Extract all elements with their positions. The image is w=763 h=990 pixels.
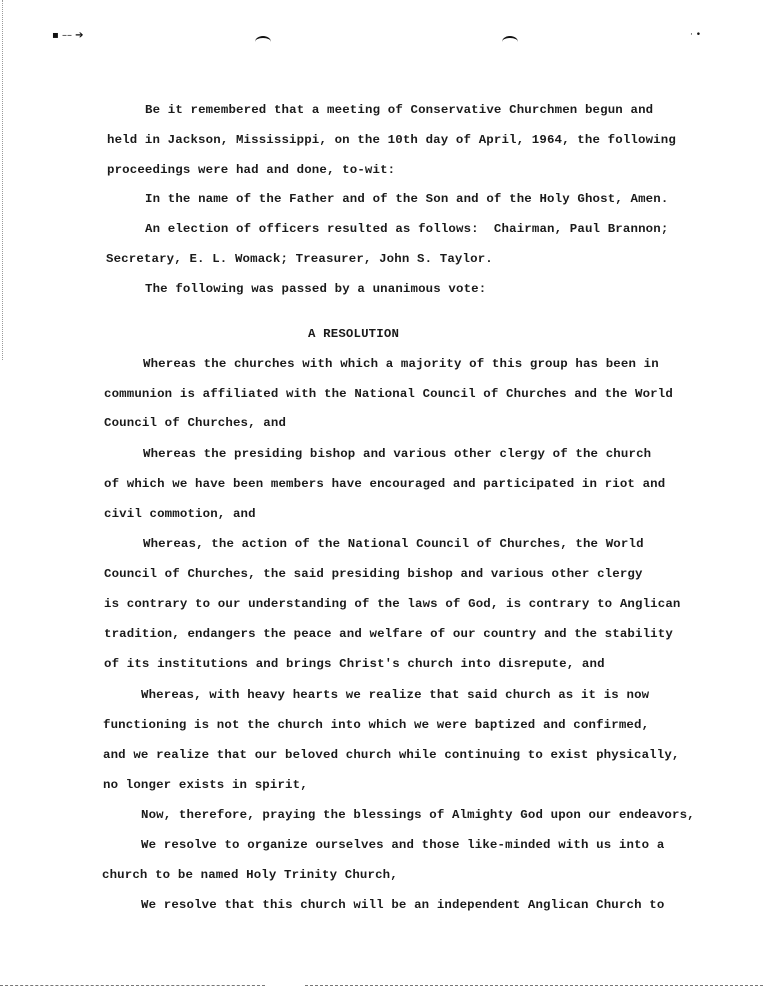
- document-text-line: civil commotion, and: [104, 507, 256, 521]
- document-text-line: functioning is not the church into which…: [103, 718, 649, 732]
- document-text-line: of its institutions and brings Christ's …: [104, 657, 605, 671]
- document-text-line: The following was passed by a unanimous …: [145, 282, 486, 296]
- document-text-line: of which we have been members have encou…: [104, 477, 665, 491]
- document-text-line: no longer exists in spirit,: [103, 778, 308, 792]
- document-text-line: In the name of the Father and of the Son…: [145, 192, 668, 206]
- document-text-line: communion is affiliated with the Nationa…: [104, 387, 673, 401]
- document-text-line: We resolve to organize ourselves and tho…: [141, 838, 664, 852]
- document-text-line: Be it remembered that a meeting of Conse…: [145, 103, 653, 117]
- resolution-heading: A RESOLUTION: [308, 327, 399, 341]
- document-text-line: Whereas the presiding bishop and various…: [143, 447, 651, 461]
- header-scan-mark-right: · •: [690, 30, 701, 40]
- document-text-line: An election of officers resulted as foll…: [145, 222, 668, 236]
- document-text-line: Now, therefore, praying the blessings of…: [141, 808, 695, 822]
- binding-hole-mark-right: [502, 36, 518, 48]
- scanned-document-page: ▪ –– ➔ · • Be it remembered that a meeti…: [0, 0, 763, 990]
- header-scan-mark-left: ▪ –– ➔: [52, 30, 84, 41]
- document-text-line: Secretary, E. L. Womack; Treasurer, John…: [106, 252, 493, 266]
- document-text-line: held in Jackson, Mississippi, on the 10t…: [107, 133, 676, 147]
- footer-scan-line-left: [0, 985, 265, 987]
- document-text-line: Council of Churches, and: [104, 416, 286, 430]
- document-text-line: proceedings were had and done, to-wit:: [107, 163, 395, 177]
- footer-scan-line-right: [305, 985, 763, 987]
- document-text-line: church to be named Holy Trinity Church,: [102, 868, 398, 882]
- scan-edge-artifact: [2, 0, 4, 360]
- document-text-line: and we realize that our beloved church w…: [103, 748, 680, 762]
- document-text-line: Whereas, with heavy hearts we realize th…: [141, 688, 649, 702]
- document-text-line: Council of Churches, the said presiding …: [104, 567, 643, 581]
- binding-hole-mark-left: [255, 36, 271, 48]
- document-text-line: Whereas the churches with which a majori…: [143, 357, 659, 371]
- document-text-line: tradition, endangers the peace and welfa…: [104, 627, 673, 641]
- document-text-line: We resolve that this church will be an i…: [141, 898, 664, 912]
- document-text-line: Whereas, the action of the National Coun…: [143, 537, 644, 551]
- document-text-line: is contrary to our understanding of the …: [104, 597, 681, 611]
